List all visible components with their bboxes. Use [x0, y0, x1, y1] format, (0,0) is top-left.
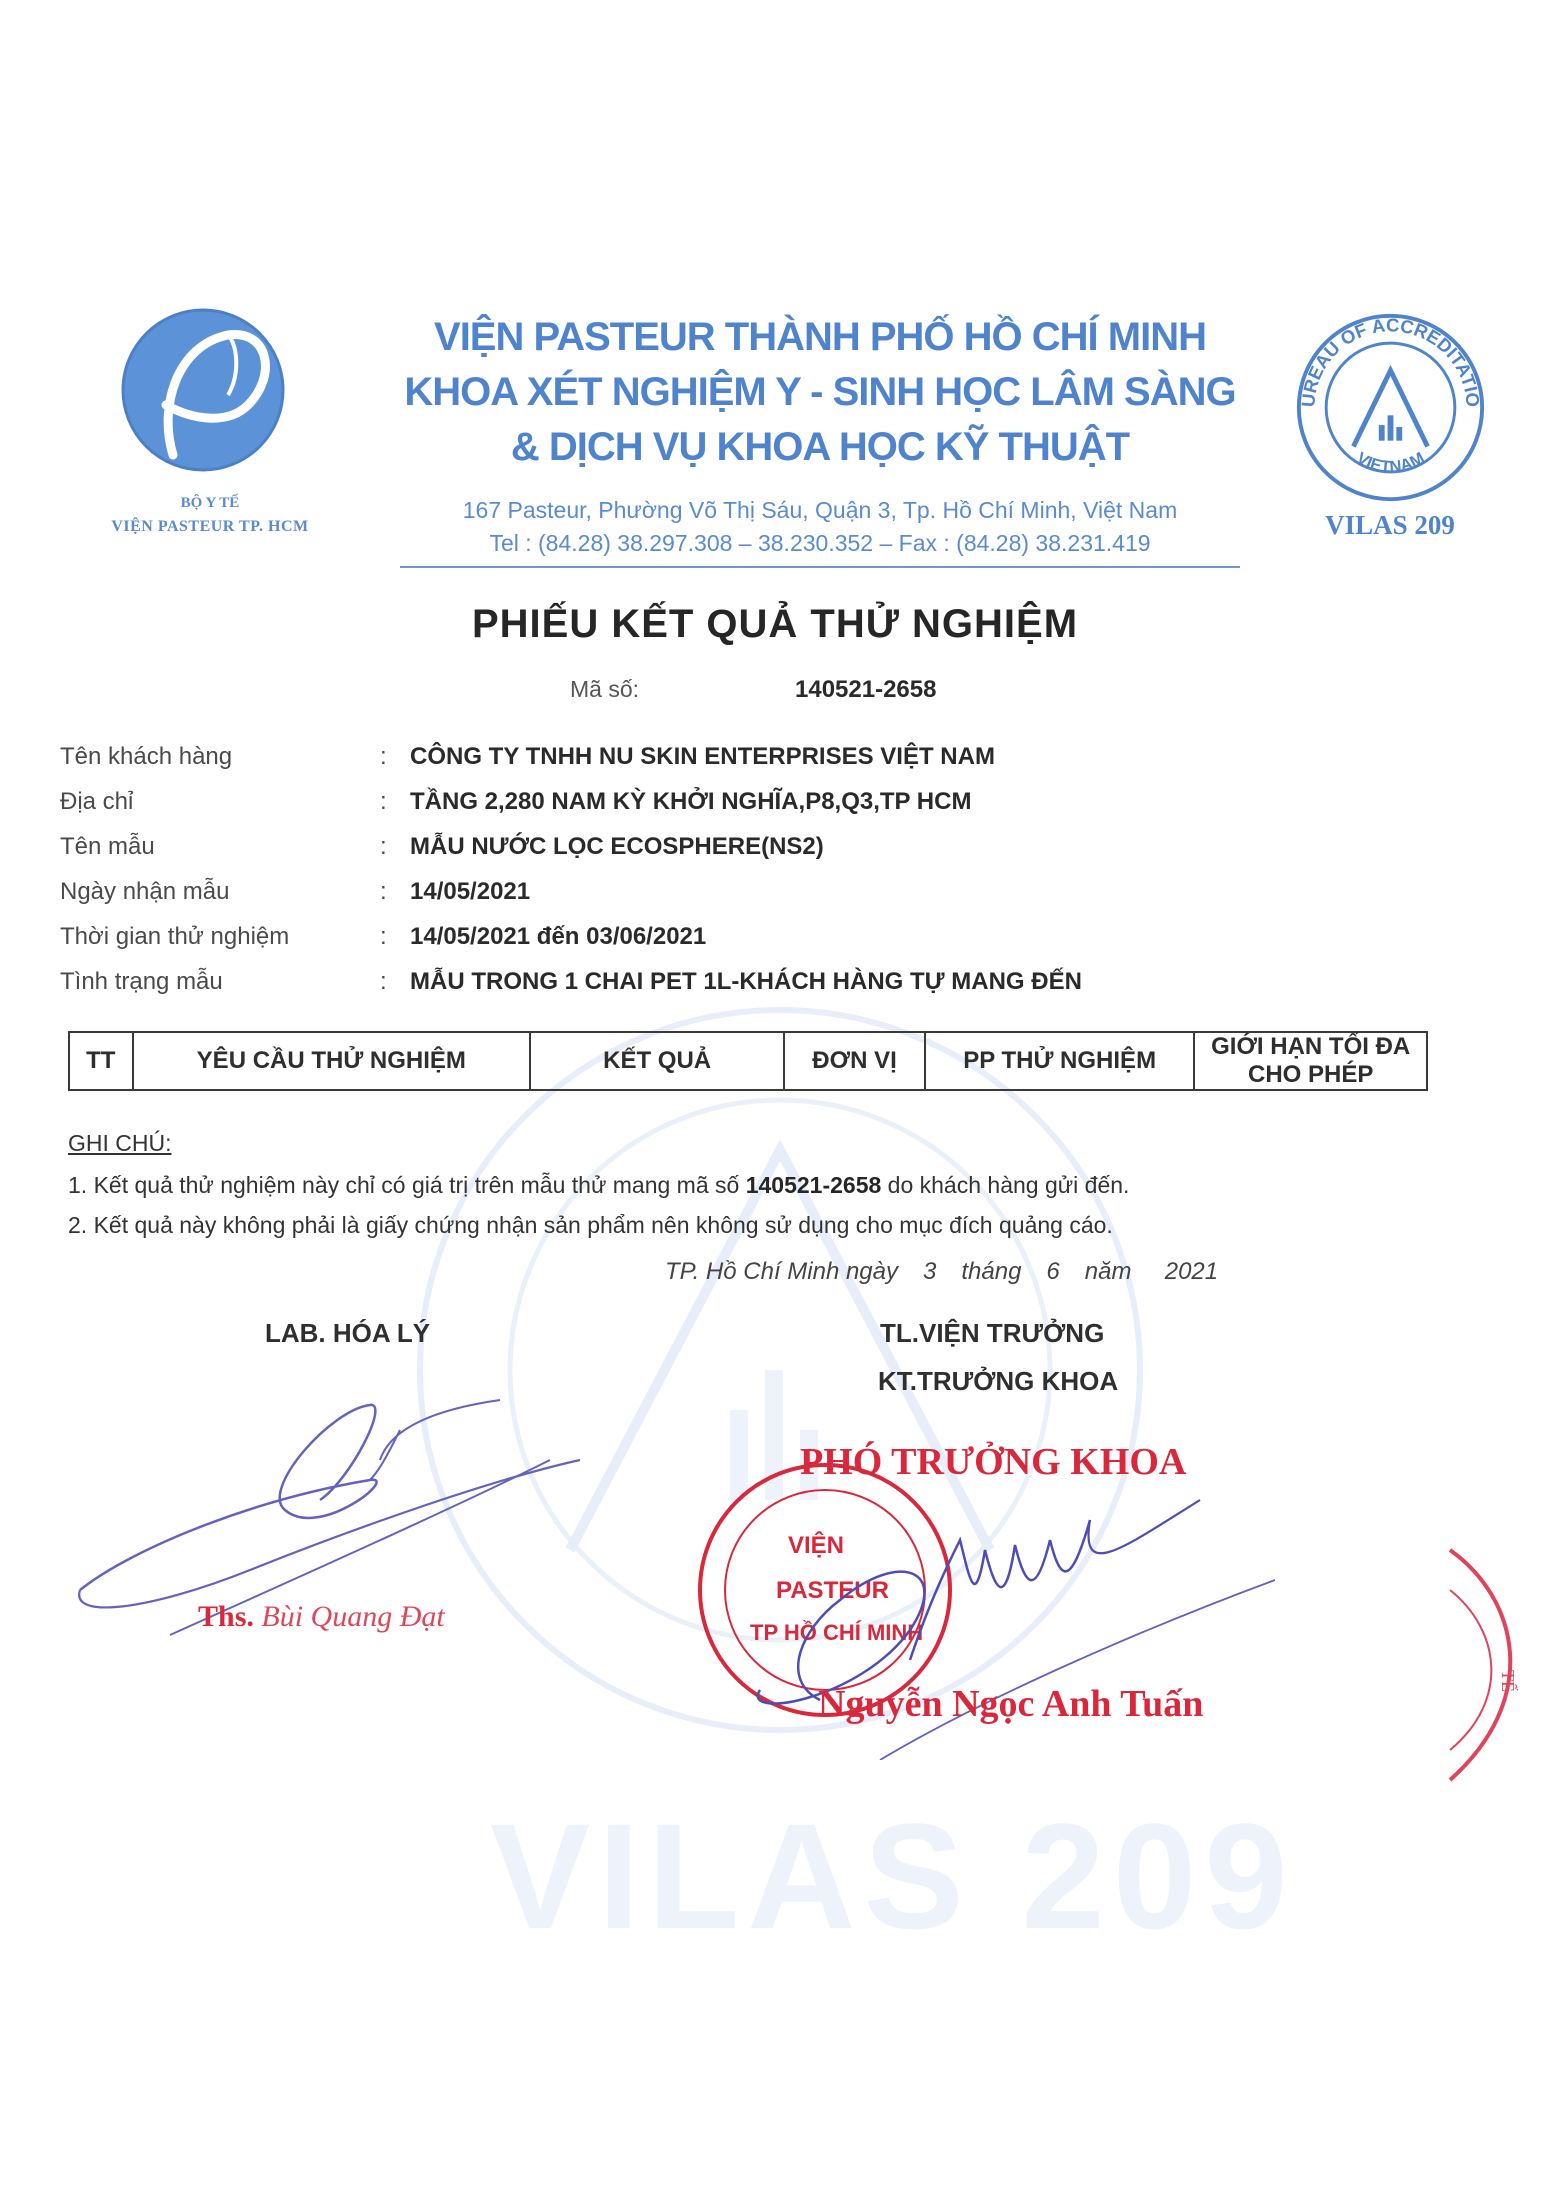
info-separator: :	[380, 743, 387, 771]
svg-text:BUREAU OF ACCREDITATION: BUREAU OF ACCREDITATION	[1293, 310, 1484, 408]
info-value: MẪU NƯỚC LỌC ECOSPHERE(NS2)	[410, 833, 824, 861]
table-header-row: TT YÊU CẦU THỬ NGHIỆM KẾT QUẢ ĐƠN VỊ PP …	[69, 1032, 1427, 1090]
department-name: KHOA XÉT NGHIỆM Y - SINH HỌC LÂM SÀNG	[370, 370, 1270, 415]
header-divider	[400, 566, 1240, 568]
issue-date-line: TP. Hồ Chí Minh ngày 3 tháng 6 năm 2021	[665, 1258, 1218, 1286]
info-row: Tên khách hàng:CÔNG TY TNHH NU SKIN ENTE…	[60, 743, 1460, 783]
logo-caption-institute: VIỆN PASTEUR TP. HCM	[60, 518, 360, 536]
column-header-index: TT	[69, 1032, 133, 1090]
info-value: CÔNG TY TNHH NU SKIN ENTERPRISES VIỆT NA…	[410, 743, 995, 771]
lab-signer-title: LAB. HÓA LÝ	[265, 1318, 430, 1349]
notes-heading: GHI CHÚ:	[68, 1130, 172, 1157]
info-value: 14/05/2021 đến 03/06/2021	[410, 923, 706, 951]
department-subtitle: & DỊCH VỤ KHOA HỌC KỸ THUẬT	[370, 425, 1270, 470]
issue-month: 6	[1028, 1258, 1078, 1286]
info-value: TẦNG 2,280 NAM KỲ KHỞI NGHĨA,P8,Q3,TP HC…	[410, 788, 971, 816]
document-code-label: Mã số:	[570, 676, 639, 703]
info-label: Tên mẫu	[60, 833, 155, 861]
info-value: MẪU TRONG 1 CHAI PET 1L-KHÁCH HÀNG TỰ MA…	[410, 968, 1082, 996]
institution-name: VIỆN PASTEUR THÀNH PHỐ HỒ CHÍ MINH	[370, 315, 1270, 360]
info-separator: :	[380, 878, 387, 906]
document-title: PHIẾU KẾT QUẢ THỬ NGHIỆM	[300, 602, 1250, 647]
info-separator: :	[380, 923, 387, 951]
bureau-of-accreditation-seal-icon: BUREAU OF ACCREDITATION VIETNAM	[1293, 310, 1488, 505]
info-row: Thời gian thử nghiệm:14/05/2021 đến 03/0…	[60, 923, 1460, 963]
info-row: Ngày nhận mẫu:14/05/2021	[60, 878, 1460, 918]
info-label: Ngày nhận mẫu	[60, 878, 229, 906]
note-item: 1. Kết quả thử nghiệm này chỉ có giá trị…	[68, 1172, 1129, 1199]
info-row: Tình trạng mẫu:MẪU TRONG 1 CHAI PET 1L-K…	[60, 968, 1460, 1008]
column-header-max-limit: GIỚI HẠN TỐI ĐA CHO PHÉP	[1194, 1032, 1427, 1090]
approver-title-1: TL.VIỆN TRƯỞNG	[880, 1318, 1104, 1349]
institution-contact: Tel : (84.28) 38.297.308 – 38.230.352 – …	[370, 530, 1270, 557]
info-separator: :	[380, 788, 387, 816]
institution-address: 167 Pasteur, Phường Võ Thị Sáu, Quận 3, …	[370, 497, 1270, 524]
pasteur-institute-logo-icon	[118, 305, 288, 475]
svg-text:TẾ: TẾ	[1498, 1670, 1519, 1692]
column-header-result: KẾT QUẢ	[530, 1032, 784, 1090]
column-header-test-request: YÊU CẦU THỬ NGHIỆM	[133, 1032, 531, 1090]
logo-caption-ministry: BỘ Y TẾ	[60, 495, 360, 512]
document-code-value: 140521-2658	[795, 676, 936, 704]
info-separator: :	[380, 833, 387, 861]
note-item: 2. Kết quả này không phải là giấy chứng …	[68, 1212, 1113, 1239]
lab-signer-name: Ths. Bùi Quang Đạt	[198, 1600, 445, 1634]
info-row: Địa chỉ:TẦNG 2,280 NAM KỲ KHỞI NGHĨA,P8,…	[60, 788, 1460, 828]
results-table: TT YÊU CẦU THỬ NGHIỆM KẾT QUẢ ĐƠN VỊ PP …	[68, 1031, 1428, 1116]
issue-year: 2021	[1138, 1258, 1218, 1286]
info-row: Tên mẫu:MẪU NƯỚC LỌC ECOSPHERE(NS2)	[60, 833, 1460, 873]
partial-red-stamp-icon: TẾ	[1430, 1540, 1551, 1790]
vilas-accreditation-number: VILAS 209	[1300, 510, 1480, 541]
info-value: 14/05/2021	[410, 878, 530, 906]
approver-name: Nguyễn Ngọc Anh Tuấn	[818, 1682, 1203, 1726]
info-label: Địa chỉ	[60, 788, 133, 816]
svg-text:VIETNAM: VIETNAM	[1353, 448, 1427, 476]
watermark-text: VILAS 209	[490, 1790, 1296, 1963]
column-header-test-method: PP THỬ NGHIỆM	[925, 1032, 1194, 1090]
info-label: Tình trạng mẫu	[60, 968, 223, 996]
info-label: Tên khách hàng	[60, 743, 232, 771]
info-label: Thời gian thử nghiệm	[60, 923, 289, 951]
note-sample-code: 140521-2658	[746, 1172, 882, 1198]
info-separator: :	[380, 968, 387, 996]
issue-day: 3	[905, 1258, 955, 1286]
column-header-unit: ĐƠN VỊ	[784, 1032, 925, 1090]
approver-title-2: KT.TRƯỞNG KHOA	[878, 1366, 1118, 1397]
